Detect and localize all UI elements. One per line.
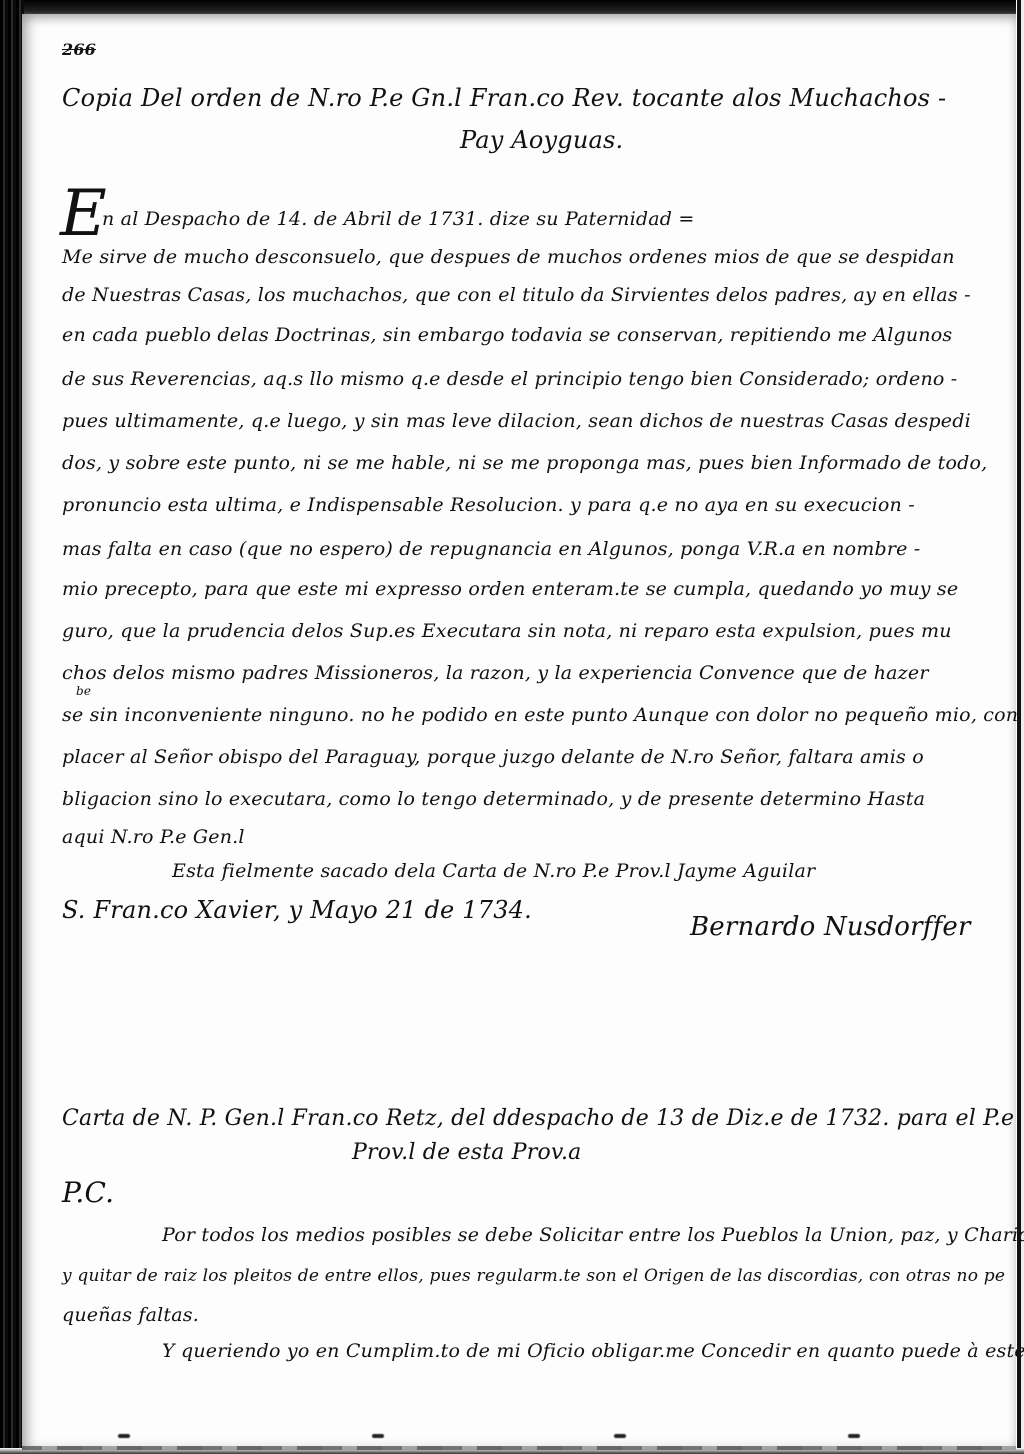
- section1-line-10: mio precepto, para que este mi expresso …: [62, 578, 958, 600]
- scan-border-left: [0, 0, 24, 1454]
- section1-line-4: en cada pueblo delas Doctrinas, sin emba…: [62, 324, 952, 346]
- section2-title-line2: Prov.l de esta Prov.a: [352, 1140, 581, 1165]
- section1-title-line1: Copia Del orden de N.ro P.e Gn.l Fran.co…: [62, 84, 946, 112]
- section1-line-13: se sin inconveniente ninguno. no he podi…: [62, 704, 1018, 726]
- bottom-bleed-marks: [22, 1434, 1016, 1444]
- section1-line-8: pronuncio esta ultima, e Indispensable R…: [62, 494, 915, 516]
- section1-line-9: mas falta en caso (que no espero) de rep…: [62, 538, 920, 560]
- section1-dropcap: E: [60, 182, 107, 246]
- section2-title-line1: Carta de N. P. Gen.l Fran.co Retz, del d…: [62, 1106, 1014, 1131]
- signature: Bernardo Nusdorffer: [690, 912, 971, 942]
- section2-line-2: y quitar de raiz los pleitos de entre el…: [62, 1266, 1005, 1286]
- section1-line-5: de sus Reverencias, aq.s llo mismo q.e d…: [62, 368, 957, 390]
- section1-line-16: aqui N.ro P.e Gen.l: [62, 826, 245, 848]
- section1-line-2: Me sirve de mucho desconsuelo, que despu…: [62, 246, 955, 268]
- place-date-line: S. Fran.co Xavier, y Mayo 21 de 1734.: [62, 896, 532, 924]
- section1-line-3: de Nuestras Casas, los muchachos, que co…: [62, 284, 971, 306]
- section2-line-1: Por todos los medios posibles se debe So…: [162, 1224, 1024, 1246]
- section1-line-12: chos delos mismo padres Missioneros, la …: [62, 662, 929, 684]
- page-bottom-edge: [22, 1446, 1016, 1450]
- manuscript-page: 266 Copia Del orden de N.ro P.e Gn.l Fra…: [22, 14, 1016, 1450]
- salutation: P.C.: [62, 1176, 114, 1209]
- section1-line-7: dos, y sobre este punto, ni se me hable,…: [62, 452, 987, 474]
- attestation-line: Esta fielmente sacado dela Carta de N.ro…: [172, 860, 815, 882]
- section1-line-11: guro, que la prudencia delos Sup.es Exec…: [62, 620, 952, 642]
- section2-line-4: Y queriendo yo en Cumplim.to de mi Ofici…: [162, 1340, 1024, 1362]
- section1-line-6: pues ultimamente, q.e luego, y sin mas l…: [62, 410, 971, 432]
- section1-title-line2: Pay Aoyguas.: [460, 126, 623, 154]
- section1-line-14: placer al Señor obispo del Paraguay, por…: [62, 746, 924, 768]
- superscript-insertion: be: [76, 684, 91, 698]
- section1-line-15: bligacion sino lo executara, como lo ten…: [62, 788, 925, 810]
- section2-line-3: queñas faltas.: [62, 1304, 199, 1326]
- folio-number: 266: [62, 40, 96, 59]
- section1-line-1: n al Despacho de 14. de Abril de 1731. d…: [102, 208, 695, 230]
